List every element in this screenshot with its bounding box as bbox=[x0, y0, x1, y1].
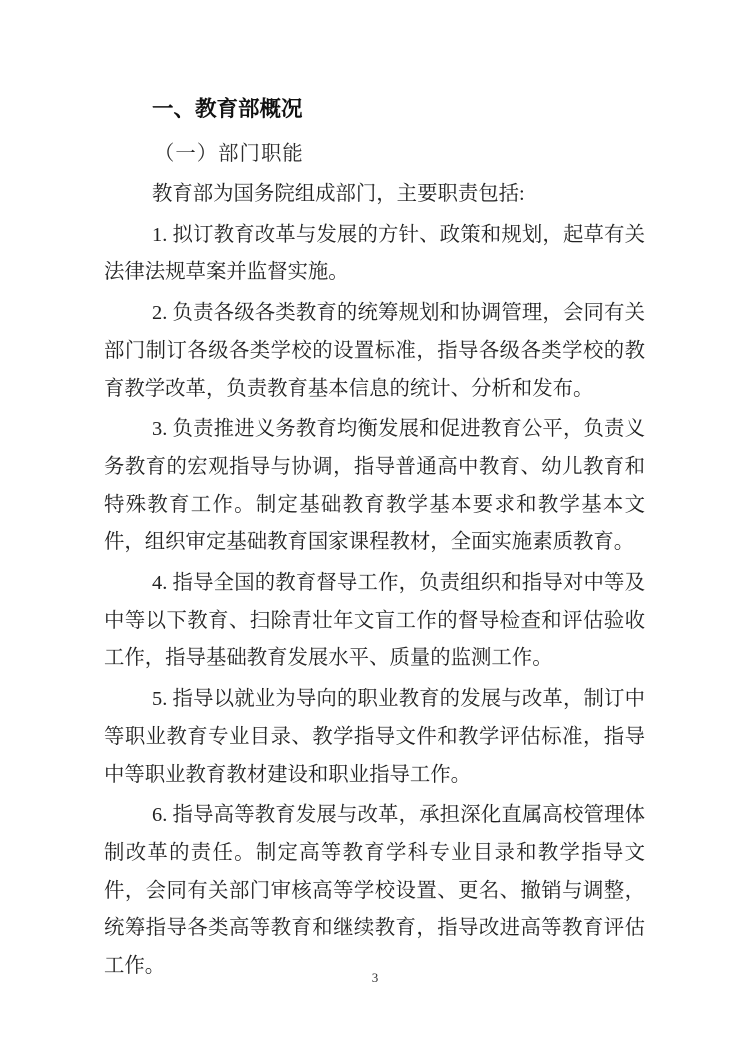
section-heading: 一、教育部概况 bbox=[104, 91, 645, 129]
numbered-paragraph: 2. 负责各级各类教育的统筹规划和协调管理，会同有关部门制订各级各类学校的设置标… bbox=[104, 295, 645, 408]
numbered-paragraph: 3. 负责推进义务教育均衡发展和促进教育公平，负责义务教育的宏观指导与协调，指导… bbox=[104, 411, 645, 562]
document-page: 一、教育部概况 （一）部门职能 教育部为国务院组成部门，主要职责包括: 1. 拟… bbox=[0, 0, 750, 1060]
intro-paragraph: 教育部为国务院组成部门，主要职责包括: bbox=[104, 176, 645, 214]
numbered-paragraph: 4. 指导全国的教育督导工作，负责组织和指导对中等及中等以下教育、扫除青壮年文盲… bbox=[104, 565, 645, 678]
document-content: 一、教育部概况 （一）部门职能 教育部为国务院组成部门，主要职责包括: 1. 拟… bbox=[104, 91, 645, 989]
page-number: 3 bbox=[0, 970, 750, 986]
numbered-paragraph: 1. 拟订教育改革与发展的方针、政策和规划，起草有关法律法规草案并监督实施。 bbox=[104, 217, 645, 292]
numbered-paragraph: 6. 指导高等教育发展与改革，承担深化直属高校管理体制改革的责任。制定高等教育学… bbox=[104, 797, 645, 986]
numbered-paragraph: 5. 指导以就业为导向的职业教育的发展与改革，制订中等职业教育专业目录、教学指导… bbox=[104, 681, 645, 794]
subsection-heading: （一）部门职能 bbox=[104, 135, 645, 173]
numbered-paragraph-list: 1. 拟订教育改革与发展的方针、政策和规划，起草有关法律法规草案并监督实施。2.… bbox=[104, 217, 645, 986]
